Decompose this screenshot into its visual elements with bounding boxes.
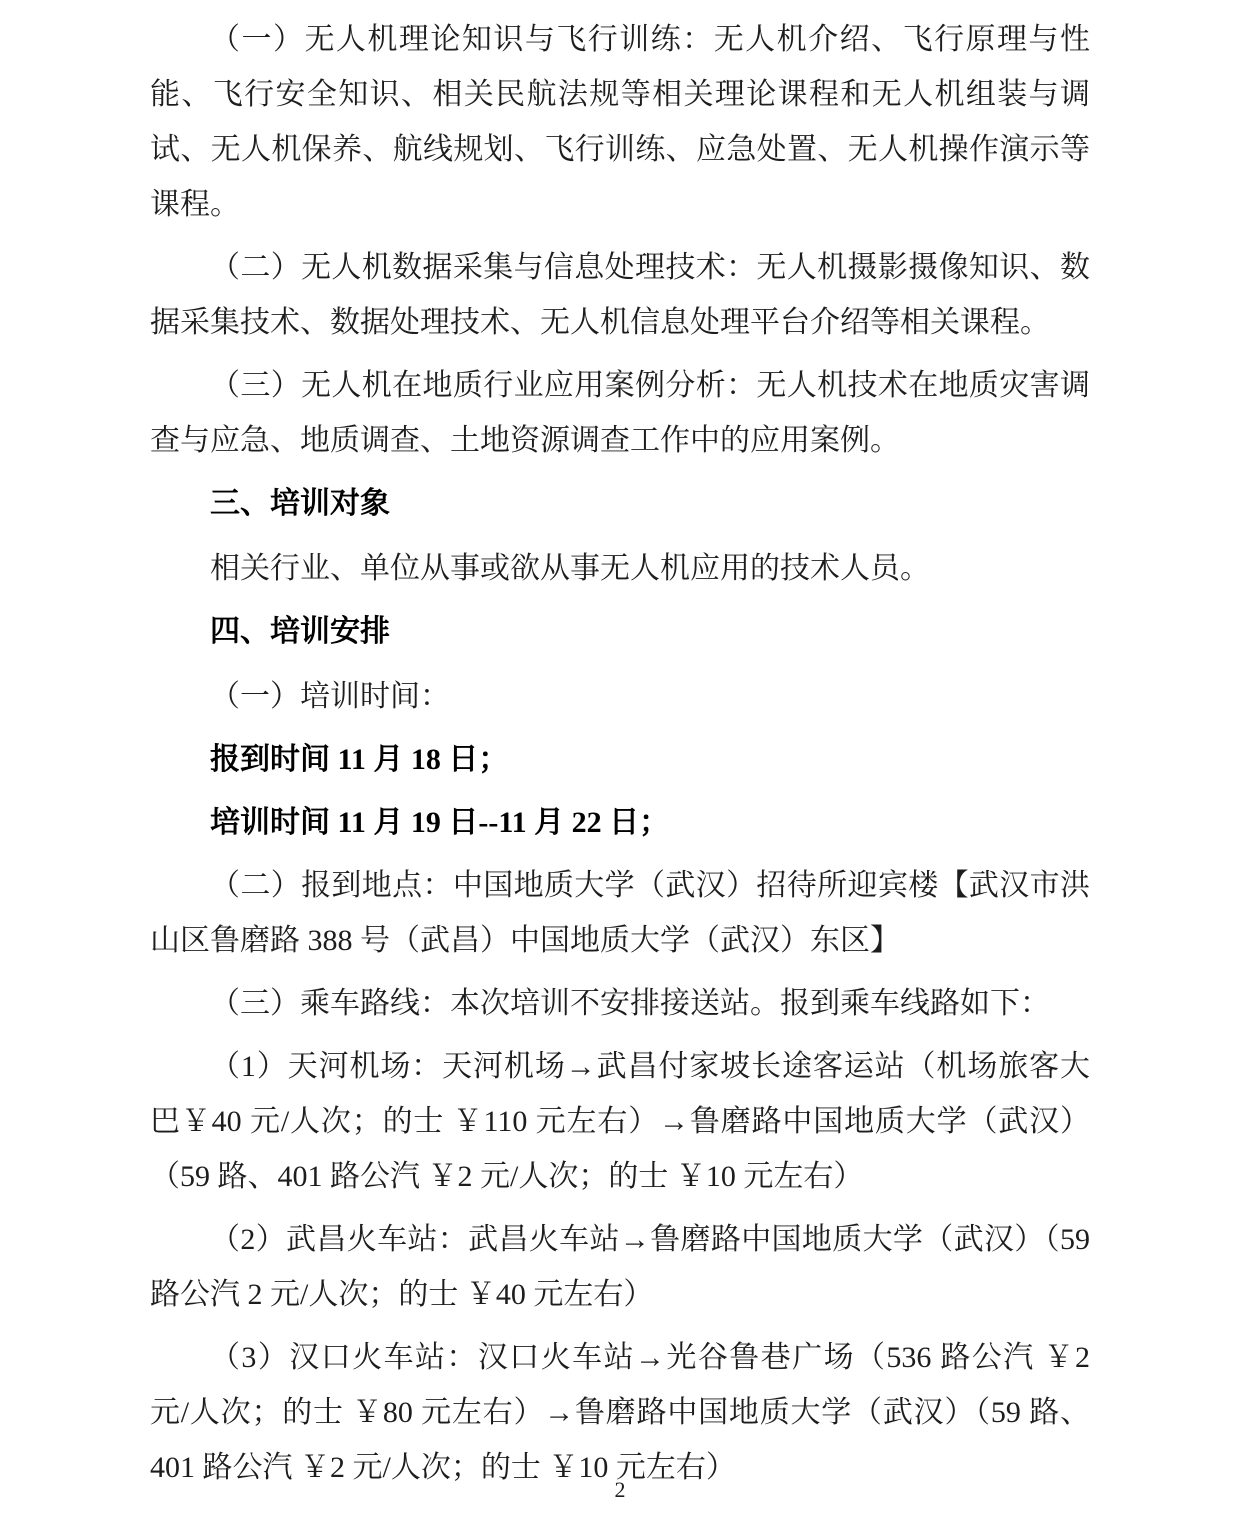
paragraph-training-dates: 培训时间 11 月 19 日--11 月 22 日； [150,795,1090,850]
page-number: 2 [0,1477,1240,1503]
paragraph-course-case-analysis: （三）无人机在地质行业应用案例分析：无人机技术在地质灾害调查与应急、地质调查、土… [150,358,1090,468]
paragraph-route-wuchang-station: （2）武昌火车站：武昌火车站→鲁磨路中国地质大学（武汉）（59 路公汽 2 元/… [150,1212,1090,1322]
paragraph-training-time-label: （一）培训时间： [150,669,1090,724]
heading-training-arrangement: 四、培训安排 [150,604,1090,659]
paragraph-route-tianhe-airport: （1）天河机场：天河机场→武昌付家坡长途客运站（机场旅客大巴￥40 元/人次；的… [150,1039,1090,1204]
paragraph-transport-intro: （三）乘车路线：本次培训不安排接送站。报到乘车线路如下： [150,976,1090,1031]
heading-training-target: 三、培训对象 [150,476,1090,531]
document-page: （一）无人机理论知识与飞行训练：无人机介绍、飞行原理与性能、飞行安全知识、相关民… [0,0,1240,1517]
paragraph-course-data-processing: （二）无人机数据采集与信息处理技术：无人机摄影摄像知识、数据采集技术、数据处理技… [150,240,1090,350]
paragraph-course-theory: （一）无人机理论知识与飞行训练：无人机介绍、飞行原理与性能、飞行安全知识、相关民… [150,12,1090,232]
paragraph-route-hankou-station: （3）汉口火车站：汉口火车站→光谷鲁巷广场（536 路公汽 ￥2 元/人次；的士… [150,1330,1090,1495]
paragraph-training-target: 相关行业、单位从事或欲从事无人机应用的技术人员。 [150,541,1090,596]
paragraph-registration-location: （二）报到地点：中国地质大学（武汉）招待所迎宾楼【武汉市洪山区鲁磨路 388 号… [150,858,1090,968]
paragraph-registration-date: 报到时间 11 月 18 日； [150,732,1090,787]
